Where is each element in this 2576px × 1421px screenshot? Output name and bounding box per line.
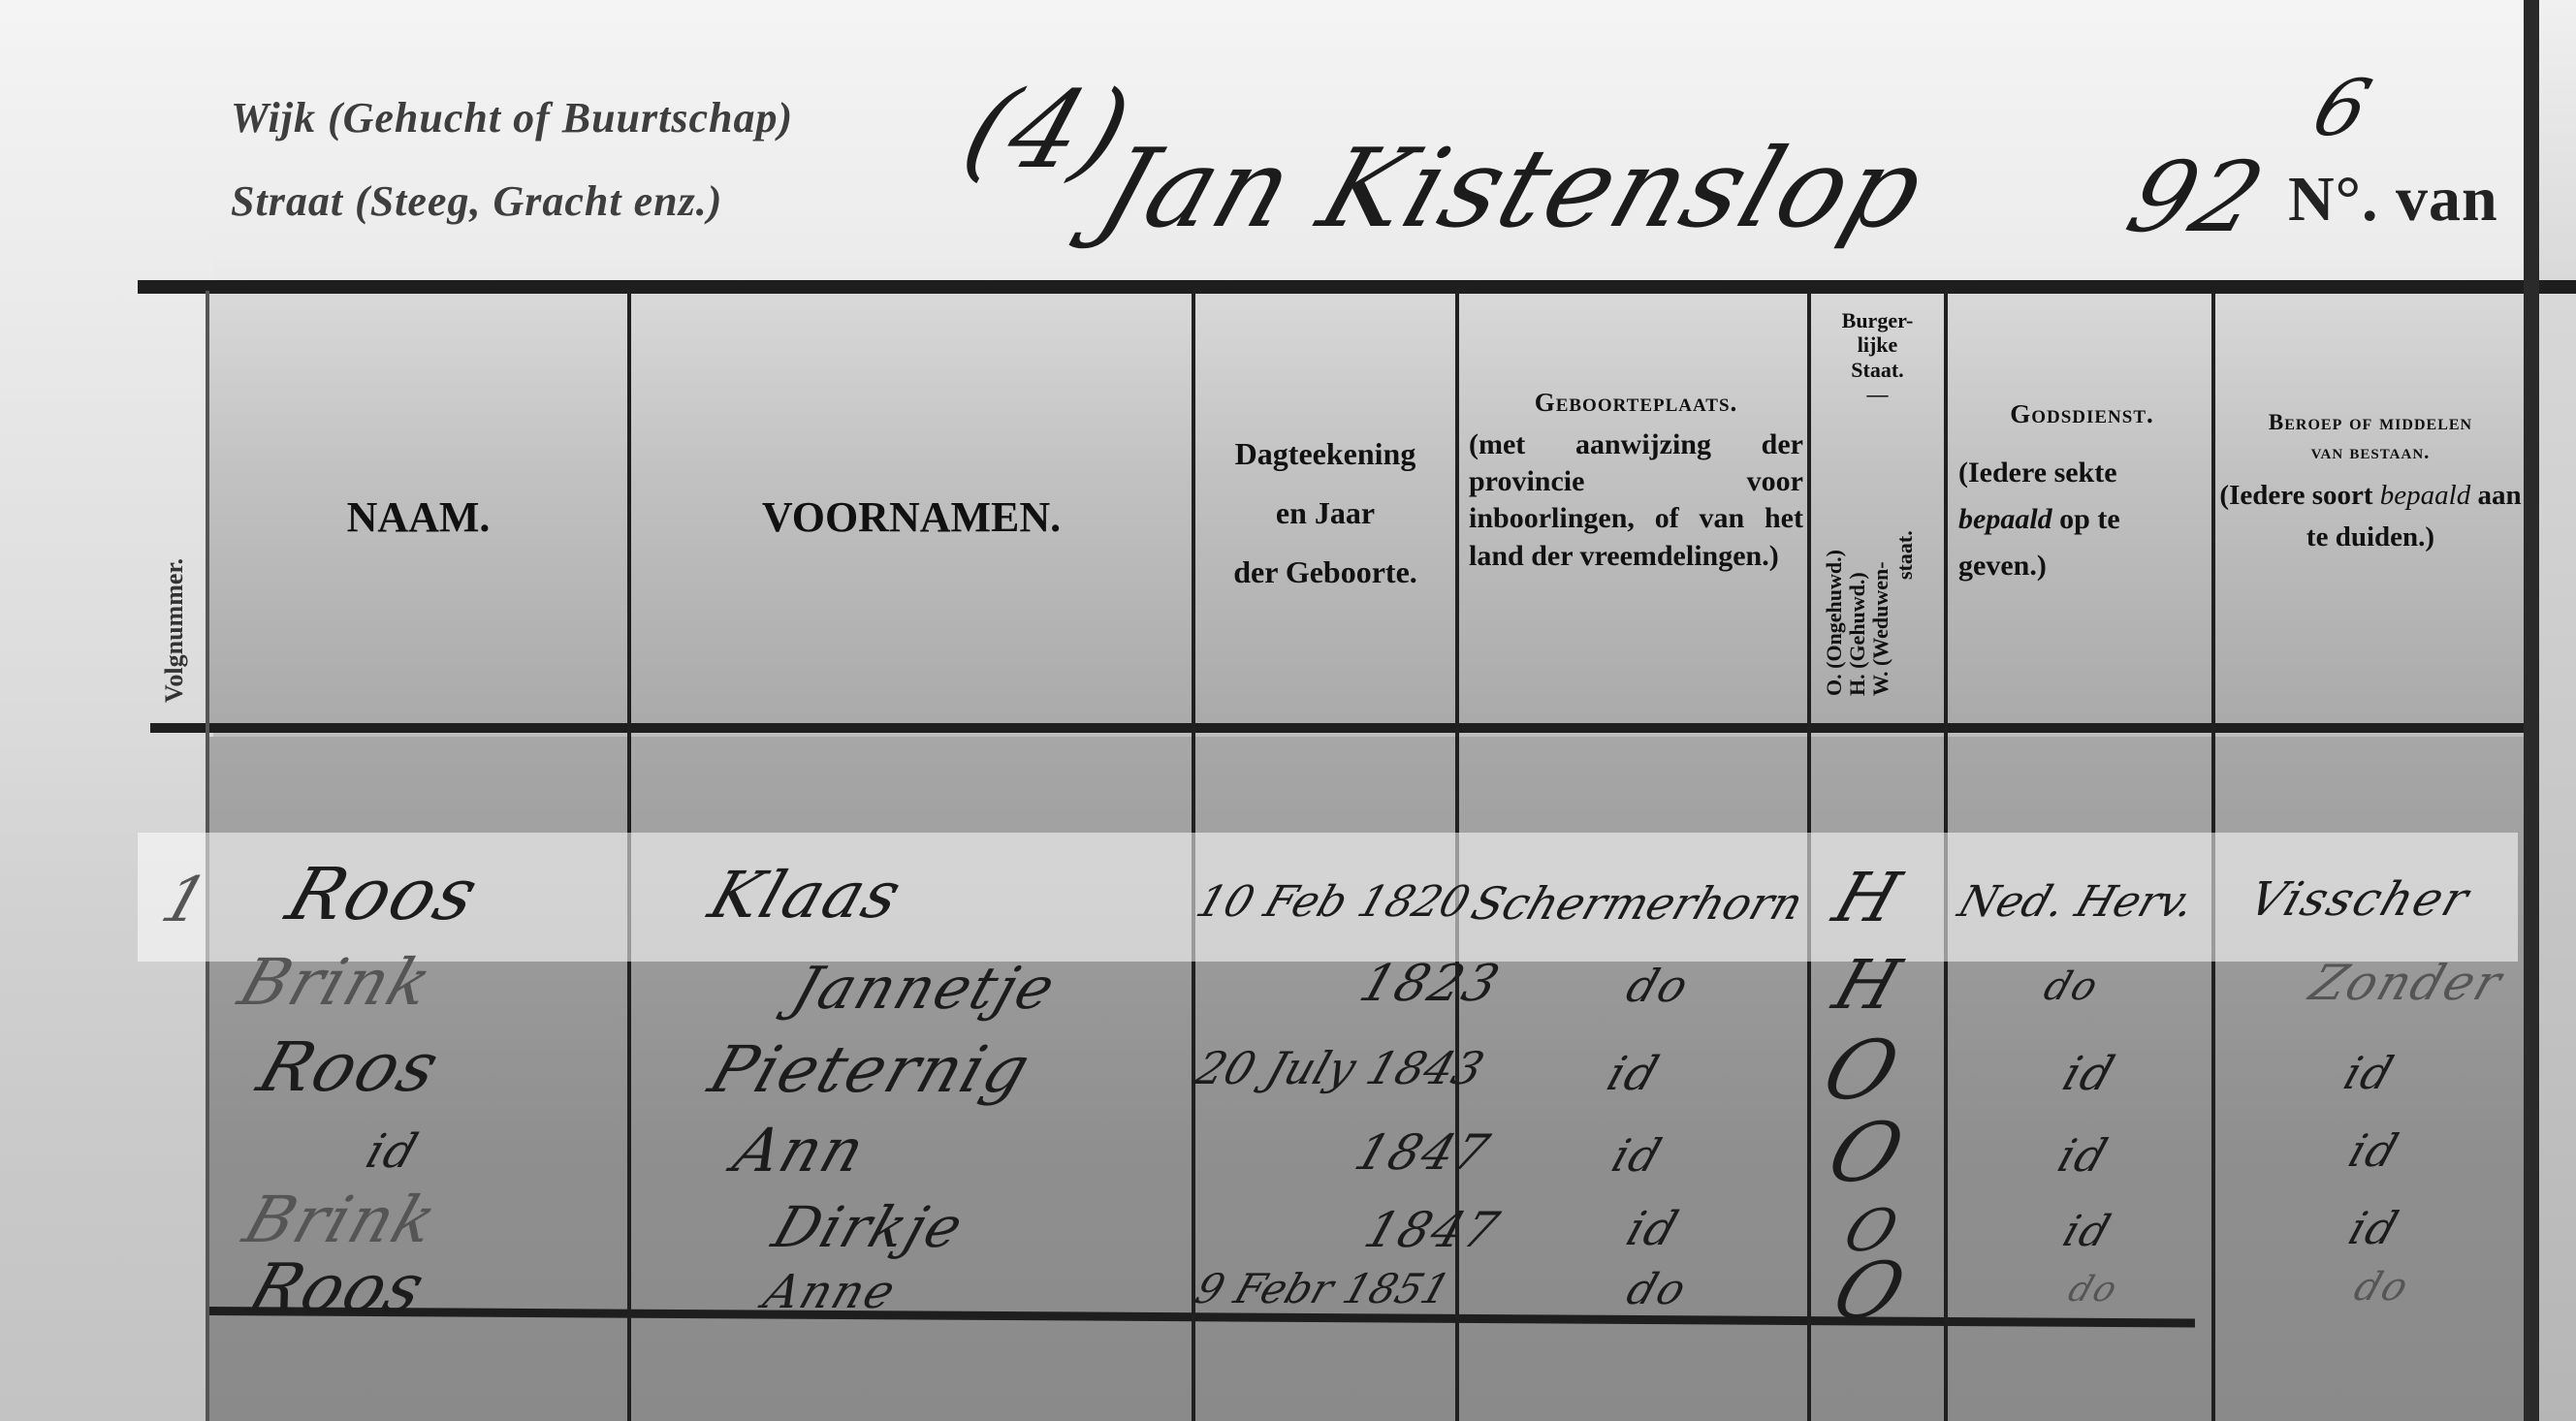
cell-beroep: Visscher	[2242, 872, 2477, 927]
staat-legend-w: W. (Weduwen-	[1869, 530, 1892, 696]
header-geboorte-line: Dagteekening	[1195, 425, 1455, 484]
header-geboorteplaats: Geboorteplaats. (met aanwijzing der prov…	[1469, 386, 1803, 575]
staat-legend-h: H. (Gehuwd.)	[1846, 530, 1869, 696]
wijk-label: Wijk (Gehucht of Buurtschap)	[231, 93, 793, 142]
cell-voornamen: Ann	[725, 1115, 875, 1185]
page-edge-rule	[2524, 0, 2539, 1421]
cell-geboorte: 1847	[1358, 1202, 1508, 1258]
header-staat-line: Staat.	[1811, 358, 1944, 382]
header-geboorte: Dagteekening en Jaar der Geboorte.	[1195, 425, 1455, 601]
cell-naam: Brink	[235, 1183, 447, 1257]
page-margin	[0, 0, 213, 1421]
header-staat-dash: —	[1811, 382, 1944, 406]
cell-geboorteplaats: Schermerhorn	[1465, 877, 1809, 930]
header-voornamen: VOORNAMEN.	[631, 489, 1192, 546]
house-number-superscript: 6	[2303, 63, 2383, 153]
subtitle-italic: bepaald	[1958, 503, 2052, 535]
header-geboorteplaats-title: Geboorteplaats.	[1469, 386, 1803, 421]
header-godsdienst-subtitle: (Iedere sekte bepaald op te geven.)	[1958, 450, 2206, 589]
cell-geboorte: 1847	[1349, 1124, 1498, 1181]
subtitle-italic: bepaald	[2380, 480, 2470, 511]
header-volgnummer: Volgnummer.	[160, 558, 189, 703]
header-beroep-line: Beroep of middelen	[2215, 407, 2526, 438]
subtitle-part: (Iedere sekte	[1958, 457, 2117, 489]
header-staat-legend: O. (Ongehuwd.) H. (Gehuwd.) W. (Weduwen-…	[1823, 530, 1917, 696]
header-staat-line: lijke	[1811, 332, 1944, 357]
cell-beroep: Zonder	[2304, 955, 2510, 1011]
house-number: 92	[2115, 141, 2278, 254]
header-geboorteplaats-subtitle: (met aanwijzing der provincie voor inboo…	[1469, 426, 1803, 576]
straat-value: Jan Kistenslop	[1085, 126, 1940, 252]
cell-geboorte: 10 Feb 1820	[1191, 877, 1477, 927]
header-beroep: Beroep of middelen van bestaan. (Iedere …	[2215, 407, 2526, 559]
header-godsdienst: Godsdienst. (Iedere sekte bepaald op te …	[1958, 397, 2206, 589]
nummer-label: N°. van	[2288, 163, 2498, 237]
cell-voornamen: Dirkje	[765, 1194, 972, 1260]
header-staat-line: Burger-	[1811, 308, 1944, 332]
header-godsdienst-title: Godsdienst.	[1958, 397, 2206, 432]
cell-godsdienst: Ned. Herv.	[1953, 877, 2201, 927]
cell-naam: Roos	[239, 1250, 435, 1327]
cell-geboorte: 1823	[1352, 955, 1508, 1013]
cell-naam: Roos	[277, 853, 490, 936]
subtitle-part: (Iedere soort	[2219, 480, 2372, 511]
header-geboorte-line: en Jaar	[1195, 484, 1455, 543]
straat-label: Straat (Steeg, Gracht enz.)	[231, 176, 722, 226]
staat-legend-w2: staat.	[1893, 530, 1917, 696]
cell-geboorte: 9 Febr 1851	[1190, 1265, 1456, 1312]
top-thick-rule	[138, 280, 2576, 294]
header-geboorte-line: der Geboorte.	[1195, 543, 1455, 602]
header-naam: NAAM.	[209, 489, 627, 546]
staat-legend-o: O. (Ongehuwd.)	[1823, 530, 1846, 696]
cell-geboorte: 20 July 1843	[1189, 1042, 1490, 1094]
cell-naam: Brink	[230, 945, 442, 1020]
cell-voornamen: Pieternig	[700, 1032, 1040, 1107]
header-bottom-rule	[150, 723, 2526, 733]
header-burgerlijke-staat: Burger- lijke Staat. —	[1811, 308, 1944, 406]
register-page: Wijk (Gehucht of Buurtschap) Straat (Ste…	[0, 0, 2576, 1421]
header-beroep-subtitle: (Iedere soort bepaald aan te duiden.)	[2215, 475, 2526, 559]
cell-naam: Roos	[249, 1027, 451, 1107]
cell-voornamen: Jannetje	[784, 955, 1065, 1023]
cell-voornamen: Klaas	[700, 858, 911, 932]
header-beroep-line: van bestaan.	[2215, 438, 2526, 466]
cell-voornamen: Anne	[757, 1265, 904, 1319]
